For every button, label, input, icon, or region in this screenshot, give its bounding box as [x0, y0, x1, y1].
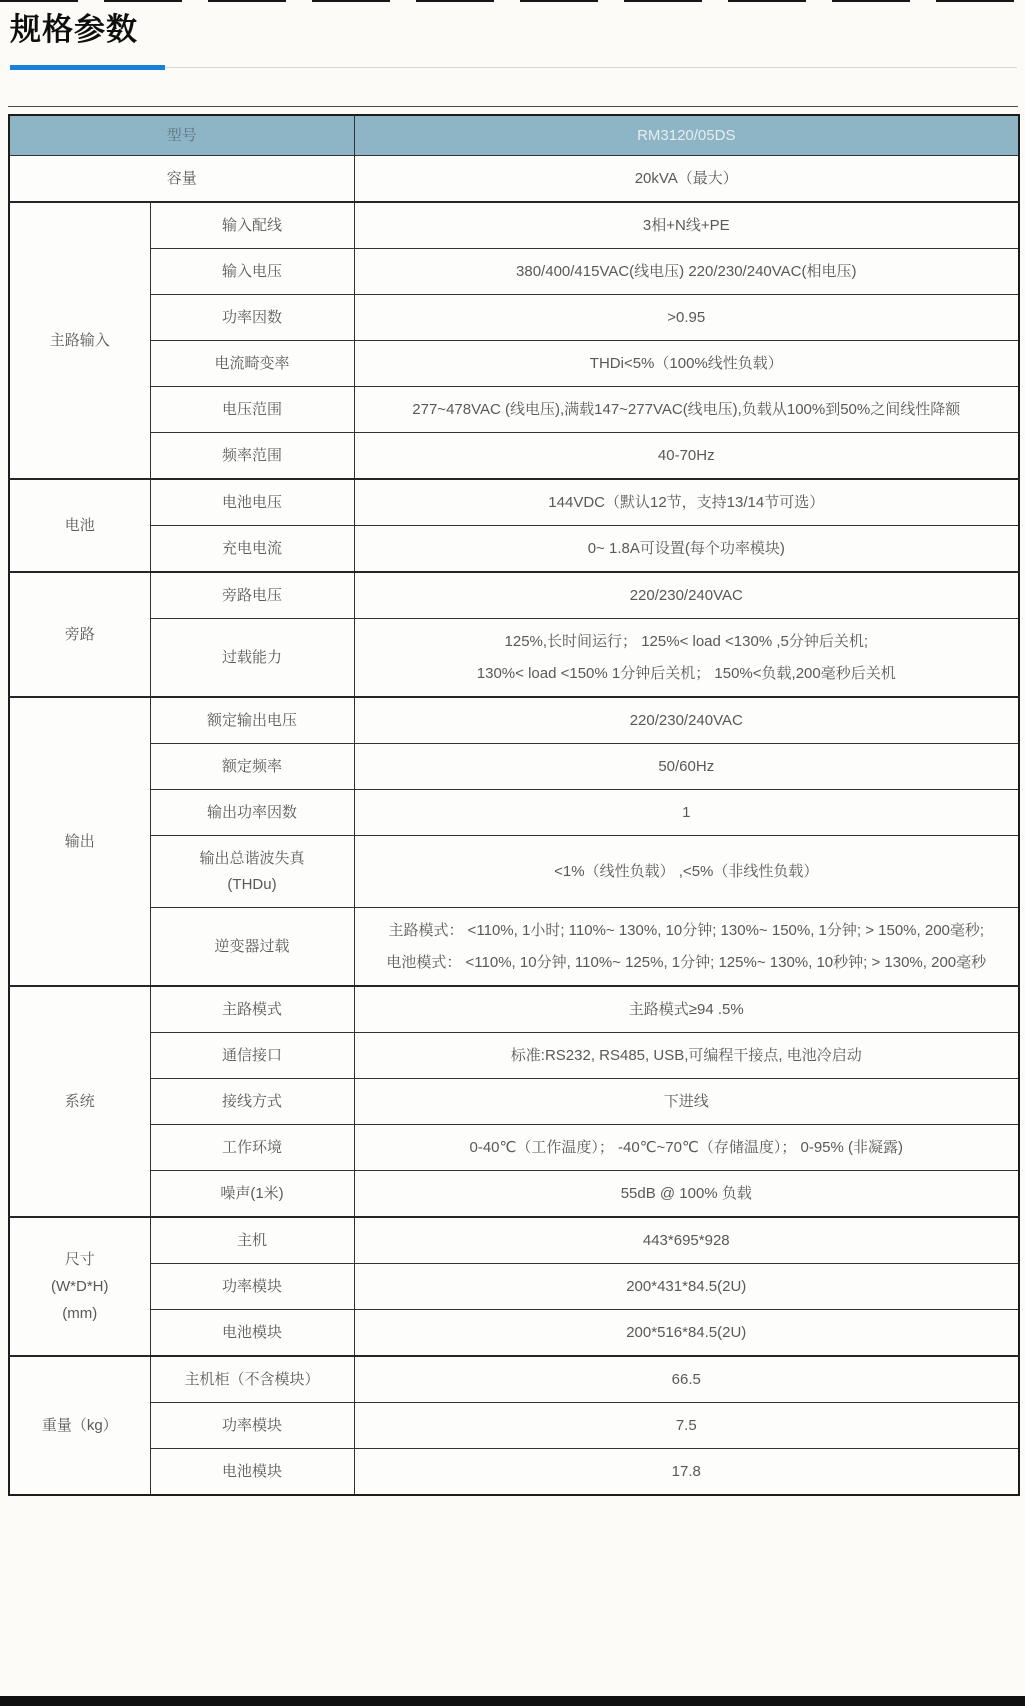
spec-label-cell: 旁路电压 [150, 572, 354, 619]
spec-value-cell-line: 125%,长时间运行； 125%< load <130% ,5分钟后关机; [363, 631, 1011, 652]
spec-table-body: 型号RM3120/05DS容量20kVA（最大）主路输入输入配线3相+N线+PE… [9, 115, 1019, 1495]
table-row: 工作环境0-40℃（工作温度）； -40℃~70℃（存储温度）； 0-95% (… [9, 1125, 1019, 1171]
spec-value-cell-line: 1 [363, 802, 1011, 823]
spec-value-cell-line: 220/230/240VAC [363, 585, 1011, 606]
table-row: 功率模块200*431*84.5(2U) [9, 1264, 1019, 1310]
spec-value-cell: 144VDC（默认12节，支持13/14节可选） [354, 479, 1019, 526]
spec-label-cell: 输入电压 [150, 249, 354, 295]
spec-label-cell-line: 主机柜（不含模块） [159, 1369, 346, 1390]
spec-label-cell: 电池模块 [150, 1449, 354, 1496]
spec-value-cell: 主路模式： <110%, 1小时; 110%~ 130%, 10分钟; 130%… [354, 908, 1019, 987]
spec-value-cell-line: 下进线 [363, 1091, 1011, 1112]
spec-label-cell-line: 电流畸变率 [159, 353, 346, 374]
capacity-label-cell: 容量 [9, 156, 354, 203]
spec-label-cell: 电池电压 [150, 479, 354, 526]
capacity-label-cell-line: 容量 [18, 168, 346, 189]
spec-label-cell: 逆变器过载 [150, 908, 354, 987]
capacity-row: 容量20kVA（最大） [9, 156, 1019, 203]
table-row: 输出额定输出电压220/230/240VAC [9, 697, 1019, 744]
table-row: 电池模块17.8 [9, 1449, 1019, 1496]
spec-value-cell: 3相+N线+PE [354, 202, 1019, 249]
spec-label-cell-line: 输入电压 [159, 261, 346, 282]
group-cell-line: (mm) [18, 1303, 142, 1324]
spec-label-cell-line: 充电电流 [159, 538, 346, 559]
spec-value-cell: 标准:RS232, RS485, USB,可编程干接点, 电池冷启动 [354, 1033, 1019, 1079]
spec-value-cell-line: 66.5 [363, 1369, 1011, 1390]
group-cell-line: 旁路 [18, 624, 142, 645]
model-value-cell-line: RM3120/05DS [363, 125, 1011, 146]
spec-value-cell: 50/60Hz [354, 744, 1019, 790]
spec-label-cell-line: 输入配线 [159, 215, 346, 236]
spec-value-cell-line: THDi<5%（100%线性负载） [363, 353, 1011, 374]
spec-value-cell-line: 50/60Hz [363, 756, 1011, 777]
spec-value-cell: 55dB @ 100% 负载 [354, 1171, 1019, 1218]
spec-label-cell-line: 输出总谐波失真 [159, 848, 346, 869]
table-row: 电池模块200*516*84.5(2U) [9, 1310, 1019, 1357]
table-row: 旁路旁路电压220/230/240VAC [9, 572, 1019, 619]
spec-value-cell: >0.95 [354, 295, 1019, 341]
spec-value-cell-line: 144VDC（默认12节，支持13/14节可选） [363, 492, 1011, 513]
spec-value-cell: 下进线 [354, 1079, 1019, 1125]
spec-value-cell-line: 0-40℃（工作温度）； -40℃~70℃（存储温度）； 0-95% (非凝露) [363, 1137, 1011, 1158]
spec-label-cell: 频率范围 [150, 433, 354, 480]
spec-value-cell-line: 0~ 1.8A可设置(每个功率模块) [363, 538, 1011, 559]
table-row: 重量（kg）主机柜（不含模块）66.5 [9, 1356, 1019, 1403]
spec-value-cell: 220/230/240VAC [354, 572, 1019, 619]
spec-label-cell: 接线方式 [150, 1079, 354, 1125]
spec-label-cell: 功率模块 [150, 1403, 354, 1449]
spec-value-cell-line: 电池模式： <110%, 10分钟, 110%~ 125%, 1分钟; 125%… [363, 952, 1011, 973]
spec-value-cell: 220/230/240VAC [354, 697, 1019, 744]
group-cell: 重量（kg） [9, 1356, 150, 1495]
spec-label-cell: 额定频率 [150, 744, 354, 790]
spec-label-cell-line: 接线方式 [159, 1091, 346, 1112]
spec-value-cell: <1%（线性负载） ,<5%（非线性负载） [354, 836, 1019, 908]
spec-label-cell-line: 旁路电压 [159, 585, 346, 606]
table-row: 充电电流0~ 1.8A可设置(每个功率模块) [9, 526, 1019, 573]
top-edge-dashes [0, 0, 1025, 2]
spec-label-cell: 功率模块 [150, 1264, 354, 1310]
spec-value-cell: 443*695*928 [354, 1217, 1019, 1264]
title-underline-accent [10, 65, 165, 70]
spec-value-cell-line: <1%（线性负载） ,<5%（非线性负载） [363, 861, 1011, 882]
group-cell: 尺寸(W*D*H)(mm) [9, 1217, 150, 1356]
spec-value-cell-line: 277~478VAC (线电压),满载147~277VAC(线电压),负载从10… [363, 399, 1011, 420]
group-cell-line: 电池 [18, 515, 142, 536]
table-row: 频率范围40-70Hz [9, 433, 1019, 480]
spec-label-cell: 噪声(1米) [150, 1171, 354, 1218]
spec-value-cell-line: 3相+N线+PE [363, 215, 1011, 236]
spec-value-cell-line: 130%< load <150% 1分钟后关机； 150%<负载,200毫秒后关… [363, 663, 1011, 684]
table-row: 噪声(1米)55dB @ 100% 负载 [9, 1171, 1019, 1218]
spec-value-cell-line: 380/400/415VAC(线电压) 220/230/240VAC(相电压) [363, 261, 1011, 282]
page-title: 规格参数 [10, 4, 138, 49]
spec-label-cell-line: 频率范围 [159, 445, 346, 466]
spec-value-cell-line: 220/230/240VAC [363, 710, 1011, 731]
spec-label-cell-line: 功率模块 [159, 1276, 346, 1297]
table-row: 电池电池电压144VDC（默认12节，支持13/14节可选） [9, 479, 1019, 526]
spec-value-cell-line: 200*516*84.5(2U) [363, 1322, 1011, 1343]
spec-value-cell: 200*431*84.5(2U) [354, 1264, 1019, 1310]
spec-label-cell-line: 功率因数 [159, 307, 346, 328]
bottom-bar [0, 1696, 1025, 1706]
group-cell: 旁路 [9, 572, 150, 697]
spec-label-cell: 工作环境 [150, 1125, 354, 1171]
title-underline [10, 65, 1017, 70]
group-cell: 输出 [9, 697, 150, 986]
spec-label-cell-line: 额定输出电压 [159, 710, 346, 731]
spec-value-cell: 0~ 1.8A可设置(每个功率模块) [354, 526, 1019, 573]
spec-value-cell-line: 17.8 [363, 1461, 1011, 1482]
spec-label-cell: 电池模块 [150, 1310, 354, 1357]
group-cell-line: 输出 [18, 831, 142, 852]
spec-label-cell-line: 主机 [159, 1230, 346, 1251]
spec-value-cell: 125%,长时间运行； 125%< load <130% ,5分钟后关机;130… [354, 619, 1019, 698]
spec-value-cell: 7.5 [354, 1403, 1019, 1449]
spec-value-cell: 200*516*84.5(2U) [354, 1310, 1019, 1357]
model-row: 型号RM3120/05DS [9, 115, 1019, 156]
spec-label-cell: 输入配线 [150, 202, 354, 249]
spec-value-cell-line: 55dB @ 100% 负载 [363, 1183, 1011, 1204]
spec-label-cell: 通信接口 [150, 1033, 354, 1079]
spec-value-cell: 0-40℃（工作温度）； -40℃~70℃（存储温度）； 0-95% (非凝露) [354, 1125, 1019, 1171]
group-cell-line: 系统 [18, 1091, 142, 1112]
table-row: 通信接口标准:RS232, RS485, USB,可编程干接点, 电池冷启动 [9, 1033, 1019, 1079]
spec-label-cell: 输出总谐波失真(THDu) [150, 836, 354, 908]
spec-label-cell: 电流畸变率 [150, 341, 354, 387]
spec-label-cell: 主机柜（不含模块） [150, 1356, 354, 1403]
table-row: 主路输入输入配线3相+N线+PE [9, 202, 1019, 249]
table-row: 额定频率50/60Hz [9, 744, 1019, 790]
table-row: 接线方式下进线 [9, 1079, 1019, 1125]
model-value-cell: RM3120/05DS [354, 115, 1019, 156]
group-cell: 电池 [9, 479, 150, 572]
spec-value-cell: 主路模式≥94 .5% [354, 986, 1019, 1033]
table-row: 电压范围277~478VAC (线电压),满载147~277VAC(线电压),负… [9, 387, 1019, 433]
spec-value-cell-line: 443*695*928 [363, 1230, 1011, 1251]
table-row: 电流畸变率THDi<5%（100%线性负载） [9, 341, 1019, 387]
spec-label-cell: 主机 [150, 1217, 354, 1264]
table-row: 功率模块7.5 [9, 1403, 1019, 1449]
spec-label-cell-line: 电池模块 [159, 1322, 346, 1343]
spec-label-cell-line: 工作环境 [159, 1137, 346, 1158]
spec-label-cell-line: 逆变器过载 [159, 936, 346, 957]
spec-label-cell-line: 输出功率因数 [159, 802, 346, 823]
table-row: 系统主路模式主路模式≥94 .5% [9, 986, 1019, 1033]
spec-label-cell-line: 电压范围 [159, 399, 346, 420]
spec-label-cell-line: (THDu) [159, 874, 346, 895]
spec-label-cell-line: 通信接口 [159, 1045, 346, 1066]
spec-label-cell: 电压范围 [150, 387, 354, 433]
group-cell-line: 尺寸 [18, 1249, 142, 1270]
spec-label-cell: 功率因数 [150, 295, 354, 341]
spec-label-cell: 主路模式 [150, 986, 354, 1033]
spec-label-cell: 额定输出电压 [150, 697, 354, 744]
spec-value-cell-line: 7.5 [363, 1415, 1011, 1436]
spec-value-cell-line: 主路模式： <110%, 1小时; 110%~ 130%, 10分钟; 130%… [363, 920, 1011, 941]
spec-label-cell-line: 主路模式 [159, 999, 346, 1020]
spec-table: 型号RM3120/05DS容量20kVA（最大）主路输入输入配线3相+N线+PE… [8, 114, 1020, 1496]
spec-label-cell-line: 电池电压 [159, 492, 346, 513]
group-cell: 主路输入 [9, 202, 150, 479]
group-cell-line: 重量（kg） [18, 1415, 142, 1436]
group-cell-line: (W*D*H) [18, 1276, 142, 1297]
spec-label-cell-line: 功率模块 [159, 1415, 346, 1436]
spec-label-cell-line: 过载能力 [159, 647, 346, 668]
spec-label-cell: 过载能力 [150, 619, 354, 698]
spec-value-cell: THDi<5%（100%线性负载） [354, 341, 1019, 387]
spec-label-cell: 输出功率因数 [150, 790, 354, 836]
capacity-value-cell-line: 20kVA（最大） [363, 168, 1011, 189]
spec-label-cell-line: 额定频率 [159, 756, 346, 777]
spec-value-cell: 40-70Hz [354, 433, 1019, 480]
spec-value-cell: 1 [354, 790, 1019, 836]
model-label-cell: 型号 [9, 115, 354, 156]
spec-label-cell-line: 电池模块 [159, 1461, 346, 1482]
spec-value-cell-line: 40-70Hz [363, 445, 1011, 466]
capacity-value-cell: 20kVA（最大） [354, 156, 1019, 203]
spec-value-cell: 66.5 [354, 1356, 1019, 1403]
table-row: 输出总谐波失真(THDu)<1%（线性负载） ,<5%（非线性负载） [9, 836, 1019, 908]
spec-value-cell: 380/400/415VAC(线电压) 220/230/240VAC(相电压) [354, 249, 1019, 295]
spec-value-cell: 17.8 [354, 1449, 1019, 1496]
table-top-rule [8, 106, 1018, 107]
table-row: 尺寸(W*D*H)(mm)主机443*695*928 [9, 1217, 1019, 1264]
model-label-cell-line: 型号 [18, 125, 346, 146]
group-cell-line: 主路输入 [18, 330, 142, 351]
spec-value-cell: 277~478VAC (线电压),满载147~277VAC(线电压),负载从10… [354, 387, 1019, 433]
spec-value-cell-line: 主路模式≥94 .5% [363, 999, 1011, 1020]
table-row: 输出功率因数1 [9, 790, 1019, 836]
spec-value-cell-line: >0.95 [363, 307, 1011, 328]
spec-value-cell-line: 标准:RS232, RS485, USB,可编程干接点, 电池冷启动 [363, 1045, 1011, 1066]
table-row: 逆变器过载主路模式： <110%, 1小时; 110%~ 130%, 10分钟;… [9, 908, 1019, 987]
group-cell: 系统 [9, 986, 150, 1217]
spec-value-cell-line: 200*431*84.5(2U) [363, 1276, 1011, 1297]
table-row: 过载能力125%,长时间运行； 125%< load <130% ,5分钟后关机… [9, 619, 1019, 698]
spec-label-cell-line: 噪声(1米) [159, 1183, 346, 1204]
table-row: 功率因数>0.95 [9, 295, 1019, 341]
table-row: 输入电压380/400/415VAC(线电压) 220/230/240VAC(相… [9, 249, 1019, 295]
spec-label-cell: 充电电流 [150, 526, 354, 573]
